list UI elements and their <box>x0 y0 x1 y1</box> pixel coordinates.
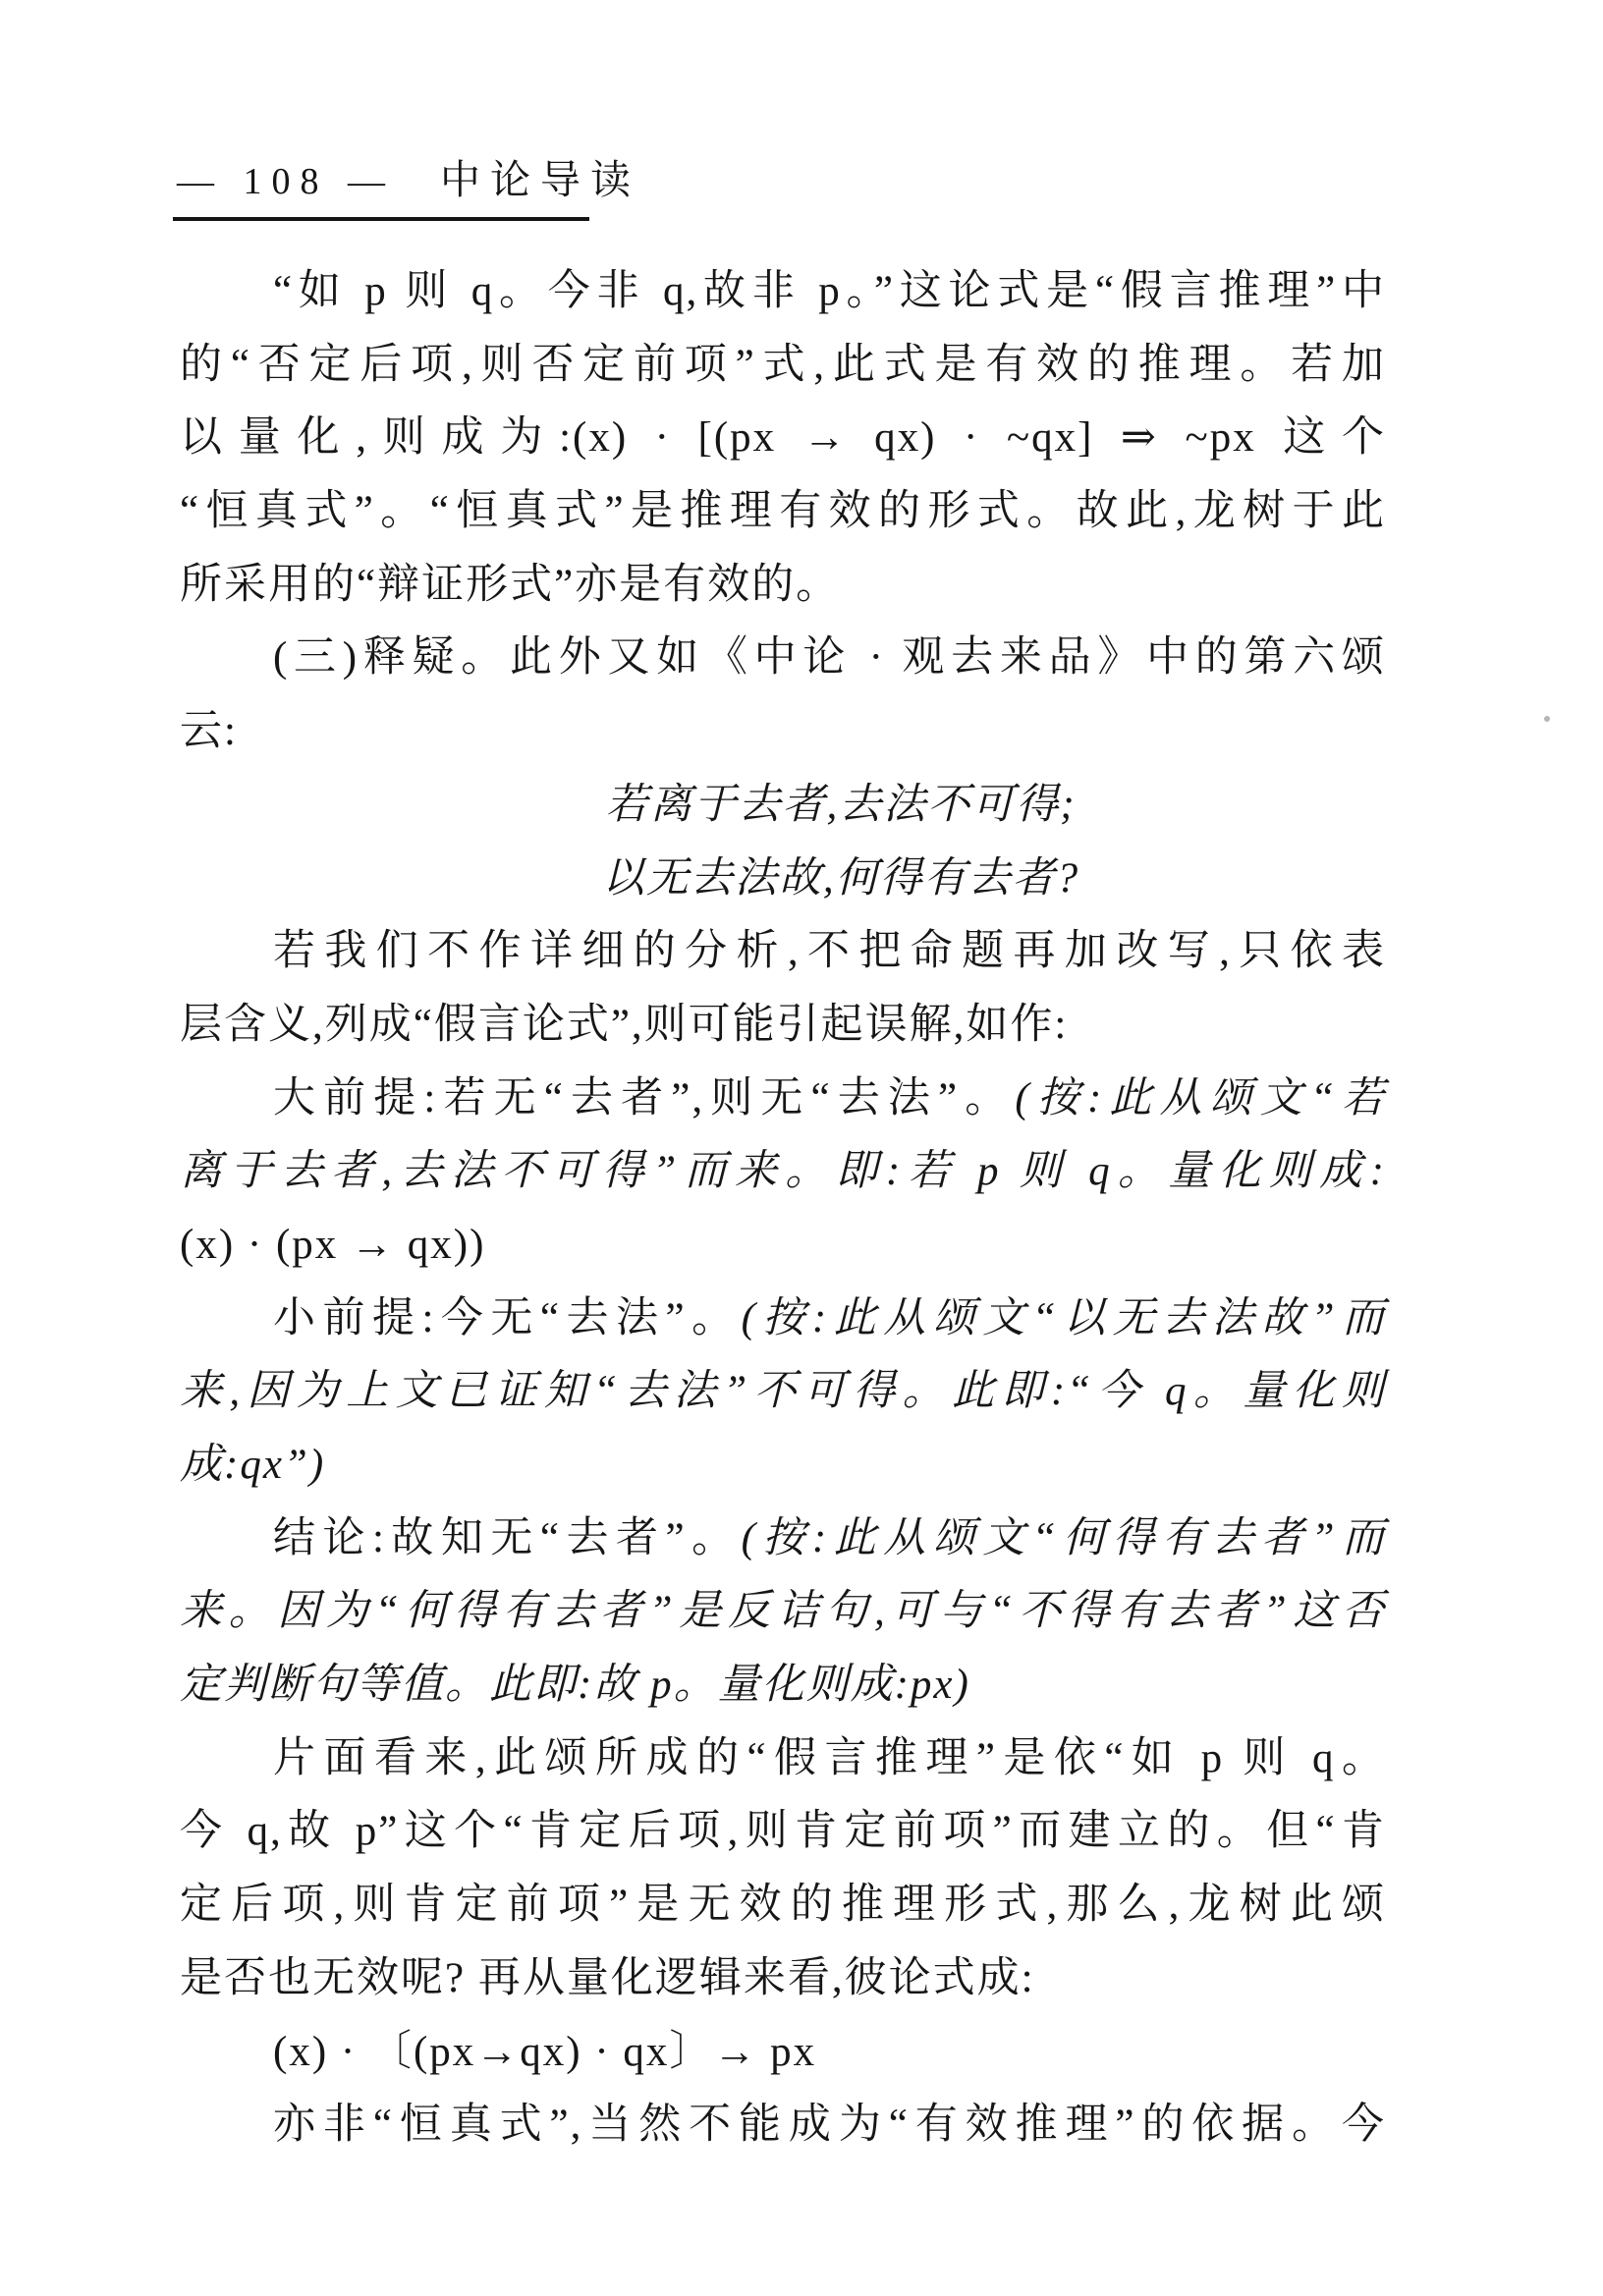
text-line: 来。因为“何得有去者”是反诘句,可与“不得有去者”这否 <box>180 1575 1386 1649</box>
text-block: “如 p 则 q。今非 q,故非 p。”这论式是“假言推理”中的“否定后项,则否… <box>180 255 1386 2162</box>
text-line: 层含义,列成“假言论式”,则可能引起误解,如作: <box>180 989 1386 1063</box>
kai-text-segment: 来。因为“何得有去者”是反诘句,可与“不得有去者”这否 <box>180 1588 1386 1634</box>
scan-speck <box>1544 716 1550 722</box>
text-line: 是否也无效呢? 再从量化逻辑来看,彼论式成: <box>180 1942 1386 2016</box>
text-line: 定判断句等值。此即:故 p。量化则成:px) <box>180 1649 1386 1722</box>
text-line: 片面看来,此颂所成的“假言推理”是依“如 p 则 q。 <box>180 1722 1386 1796</box>
text-line: 结论:故知无“去者”。(按:此从颂文“何得有去者”而 <box>180 1503 1386 1576</box>
text-line: 离于去者,去法不可得”而来。即:若 p 则 q。量化则成: <box>180 1135 1386 1209</box>
text-line: 云: <box>180 695 1386 769</box>
text-segment: (x) · (px → qx)) <box>180 1222 485 1268</box>
kai-text-segment: 定判断句等值。此即:故 p。量化则成:px) <box>180 1662 970 1708</box>
text-segment: 小前提:今无“去法”。 <box>273 1295 742 1341</box>
text-segment: “如 p 则 q。今非 q,故非 p。”这论式是“假言推理”中 <box>273 268 1386 314</box>
text-line: 今 q,故 p”这个“肯定后项,则肯定前项”而建立的。但“肯 <box>180 1795 1386 1869</box>
book-title: 中论导读 <box>440 147 640 205</box>
text-segment: 片面看来,此颂所成的“假言推理”是依“如 p 则 q。 <box>273 1735 1386 1781</box>
kai-text-segment: 若离于去者,去法不可得; <box>605 782 1076 828</box>
text-segment: 大前提:若无“去者”,则无“去法”。 <box>273 1075 1015 1121</box>
text-line: 定后项,则肯定前项”是无效的推理形式,那么,龙树此颂 <box>180 1869 1386 1942</box>
kai-text-segment: 来,因为上文已证知“去法”不可得。此即:“今 q。量化则 <box>180 1368 1386 1414</box>
text-line: 以无去法故,何得有去者? <box>180 843 1386 916</box>
text-line: “恒真式”。“恒真式”是推理有效的形式。故此,龙树于此 <box>180 475 1386 549</box>
page-header: — 108 — 中论导读 <box>177 147 640 205</box>
text-line: (x) · (px → qx)) <box>180 1209 1386 1283</box>
text-segment: 云: <box>180 708 238 754</box>
kai-text-segment: 成:qx”) <box>180 1442 325 1488</box>
text-segment: 结论:故知无“去者”。 <box>273 1515 742 1561</box>
text-segment: 定后项,则肯定前项”是无效的推理形式,那么,龙树此颂 <box>180 1882 1386 1928</box>
text-segment: 今 q,故 p”这个“肯定后项,则肯定前项”而建立的。但“肯 <box>180 1808 1386 1854</box>
text-segment: 的“否定后项,则否定前项”式,此式是有效的推理。若加 <box>180 342 1386 388</box>
kai-text-segment: (按:此从颂文“何得有去者”而 <box>742 1515 1386 1561</box>
text-segment: 所采用的“辩证形式”亦是有效的。 <box>180 562 840 608</box>
text-segment: 若我们不作详细的分析,不把命题再加改写,只依表 <box>273 928 1386 974</box>
page-number: — 108 — <box>177 160 395 203</box>
text-line: 大前提:若无“去者”,则无“去法”。(按:此从颂文“若 <box>180 1063 1386 1136</box>
text-line: (三)释疑。此外又如《中论 · 观去来品》中的第六颂 <box>180 622 1386 695</box>
text-line: “如 p 则 q。今非 q,故非 p。”这论式是“假言推理”中 <box>180 255 1386 329</box>
kai-text-segment: 以无去法故,何得有去者? <box>602 855 1079 902</box>
text-segment: (x) · 〔(px→qx) · qx〕→ px <box>273 2029 816 2075</box>
text-segment: (三)释疑。此外又如《中论 · 观去来品》中的第六颂 <box>273 634 1386 681</box>
kai-text-segment: (按:此从颂文“若 <box>1015 1075 1386 1121</box>
text-line: 的“否定后项,则否定前项”式,此式是有效的推理。若加 <box>180 329 1386 403</box>
text-line: 若我们不作详细的分析,不把命题再加改写,只依表 <box>180 915 1386 989</box>
kai-text-segment: (按:此从颂文“以无去法故”而 <box>742 1295 1386 1341</box>
text-segment: 是否也无效呢? 再从量化逻辑来看,彼论式成: <box>180 1955 1035 2001</box>
text-line: 所采用的“辩证形式”亦是有效的。 <box>180 549 1386 623</box>
text-segment: 亦非“恒真式”,当然不能成为“有效推理”的依据。今 <box>273 2102 1386 2148</box>
text-line: 亦非“恒真式”,当然不能成为“有效推理”的依据。今 <box>180 2089 1386 2162</box>
header-rule <box>173 217 589 221</box>
text-line: 若离于去者,去法不可得; <box>180 769 1386 843</box>
text-segment: 层含义,列成“假言论式”,则可能引起误解,如作: <box>180 1002 1068 1048</box>
text-line: 成:qx”) <box>180 1429 1386 1503</box>
text-line: 来,因为上文已证知“去法”不可得。此即:“今 q。量化则 <box>180 1355 1386 1429</box>
text-segment: 以量化,则成为:(x) · [(px → qx) · ~qx] ⇒ ~px 这个 <box>180 414 1386 461</box>
text-line: 小前提:今无“去法”。(按:此从颂文“以无去法故”而 <box>180 1283 1386 1356</box>
text-segment: “恒真式”。“恒真式”是推理有效的形式。故此,龙树于此 <box>180 488 1386 534</box>
text-line: 以量化,则成为:(x) · [(px → qx) · ~qx] ⇒ ~px 这个 <box>180 402 1386 475</box>
kai-text-segment: 离于去者,去法不可得”而来。即:若 p 则 q。量化则成: <box>180 1148 1386 1194</box>
text-line: (x) · 〔(px→qx) · qx〕→ px <box>180 2016 1386 2090</box>
